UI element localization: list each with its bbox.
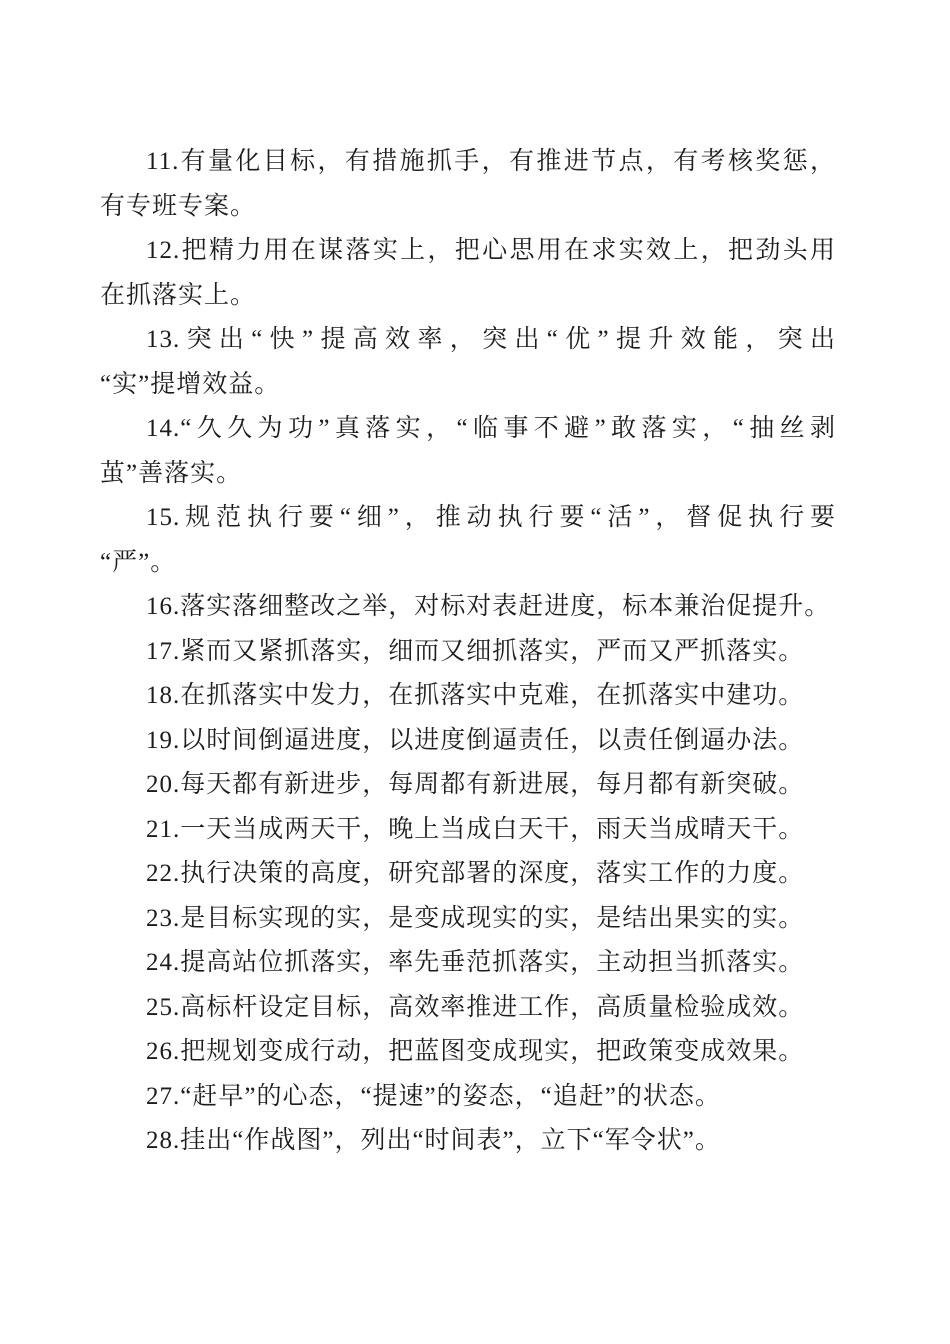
list-item-12: 12.把精力用在谋落实上，把心思用在求实效上，把劲头用在抓落实上。 [100,229,836,318]
list-item-28: 28.挂出“作战图”，列出“时间表”，立下“军令状”。 [100,1119,836,1164]
list-item-14: 14.“久久为功”真落实，“临事不避”敢落实，“抽丝剥茧”善落实。 [100,407,836,496]
item-17-line-1: 17.紧而又紧抓落实，细而又细抓落实，严而又严抓落实。 [100,630,836,675]
list-item-21: 21.一天当成两天干，晚上当成白天干，雨天当成晴天干。 [100,808,836,853]
item-27-line-1: 27.“赶早”的心态，“提速”的姿态，“追赶”的状态。 [100,1075,836,1120]
item-14-line-2: 茧”善落实。 [100,452,836,497]
list-item-27: 27.“赶早”的心态，“提速”的姿态，“追赶”的状态。 [100,1075,836,1120]
list-item-26: 26.把规划变成行动，把蓝图变成现实，把政策变成效果。 [100,1030,836,1075]
document-page: 11.有量化目标，有措施抓手，有推进节点，有考核奖惩，有专班专案。12.把精力用… [0,0,950,1344]
item-11-line-1: 11.有量化目标，有措施抓手，有推进节点，有考核奖惩， [100,140,836,185]
item-16-line-1: 16.落实落细整改之举，对标对表赶进度，标本兼治促提升。 [100,585,836,630]
item-15-line-2: “严”。 [100,541,836,586]
list-item-18: 18.在抓落实中发力，在抓落实中克难，在抓落实中建功。 [100,674,836,719]
list-item-20: 20.每天都有新进步，每周都有新进展，每月都有新突破。 [100,763,836,808]
item-12-line-1: 12.把精力用在谋落实上，把心思用在求实效上，把劲头用 [100,229,836,274]
item-12-line-2: 在抓落实上。 [100,274,836,319]
item-14-line-1: 14.“久久为功”真落实，“临事不避”敢落实，“抽丝剥 [100,407,836,452]
item-13-line-1: 13.突出“快”提高效率，突出“优”提升效能，突出 [100,318,836,363]
item-21-line-1: 21.一天当成两天干，晚上当成白天干，雨天当成晴天干。 [100,808,836,853]
list-item-16: 16.落实落细整改之举，对标对表赶进度，标本兼治促提升。 [100,585,836,630]
list-item-13: 13.突出“快”提高效率，突出“优”提升效能，突出“实”提增效益。 [100,318,836,407]
list-item-17: 17.紧而又紧抓落实，细而又细抓落实，严而又严抓落实。 [100,630,836,675]
list-item-19: 19.以时间倒逼进度，以进度倒逼责任，以责任倒逼办法。 [100,719,836,764]
item-26-line-1: 26.把规划变成行动，把蓝图变成现实，把政策变成效果。 [100,1030,836,1075]
item-23-line-1: 23.是目标实现的实，是变成现实的实，是结出果实的实。 [100,897,836,942]
item-20-line-1: 20.每天都有新进步，每周都有新进展，每月都有新突破。 [100,763,836,808]
item-28-line-1: 28.挂出“作战图”，列出“时间表”，立下“军令状”。 [100,1119,836,1164]
item-25-line-1: 25.高标杆设定目标，高效率推进工作，高质量检验成效。 [100,986,836,1031]
item-15-line-1: 15.规范执行要“细”，推动执行要“活”，督促执行要 [100,496,836,541]
item-11-line-2: 有专班专案。 [100,185,836,230]
item-24-line-1: 24.提高站位抓落实，率先垂范抓落实，主动担当抓落实。 [100,941,836,986]
list-item-24: 24.提高站位抓落实，率先垂范抓落实，主动担当抓落实。 [100,941,836,986]
list-item-23: 23.是目标实现的实，是变成现实的实，是结出果实的实。 [100,897,836,942]
list-item-15: 15.规范执行要“细”，推动执行要“活”，督促执行要“严”。 [100,496,836,585]
item-18-line-1: 18.在抓落实中发力，在抓落实中克难，在抓落实中建功。 [100,674,836,719]
list-item-11: 11.有量化目标，有措施抓手，有推进节点，有考核奖惩，有专班专案。 [100,140,836,229]
item-22-line-1: 22.执行决策的高度，研究部署的深度，落实工作的力度。 [100,852,836,897]
item-13-line-2: “实”提增效益。 [100,363,836,408]
item-19-line-1: 19.以时间倒逼进度，以进度倒逼责任，以责任倒逼办法。 [100,719,836,764]
list-item-25: 25.高标杆设定目标，高效率推进工作，高质量检验成效。 [100,986,836,1031]
document-body: 11.有量化目标，有措施抓手，有推进节点，有考核奖惩，有专班专案。12.把精力用… [100,140,836,1164]
list-item-22: 22.执行决策的高度，研究部署的深度，落实工作的力度。 [100,852,836,897]
